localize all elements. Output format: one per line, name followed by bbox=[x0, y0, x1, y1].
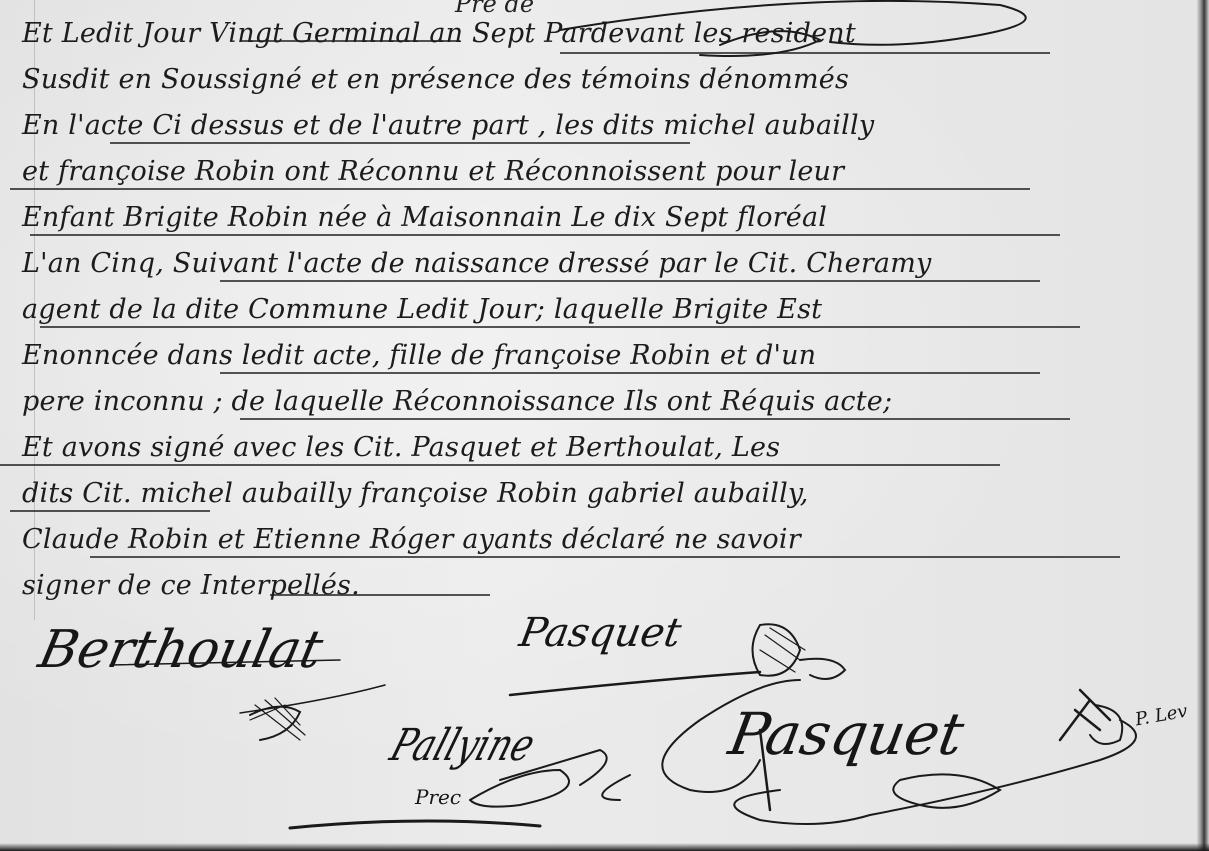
signature-pallyine: Pallyine bbox=[384, 720, 541, 771]
fill-line bbox=[240, 40, 460, 42]
page-binding-edge bbox=[1197, 0, 1209, 851]
text-line-12: Claude Robin et Etienne Róger ayants déc… bbox=[22, 524, 801, 555]
fill-line bbox=[560, 52, 1050, 54]
signature-pallyine-title: Prec bbox=[415, 785, 461, 809]
text-line-5: Enfant Brigite Robin née à Maisonnain Le… bbox=[22, 202, 827, 233]
text-line-8: Enonncée dans ledit acte, fille de franç… bbox=[22, 340, 816, 371]
signature-pasquet-2: Pasquet bbox=[724, 700, 969, 768]
fill-line bbox=[110, 142, 690, 144]
top-fragment-text: Pre de bbox=[455, 0, 534, 18]
fill-line bbox=[220, 372, 1040, 374]
fill-line bbox=[10, 510, 210, 512]
fill-line bbox=[40, 326, 1080, 328]
text-line-3: En l'acte Ci dessus et de l'autre part ,… bbox=[22, 110, 874, 141]
fill-line bbox=[90, 556, 1120, 558]
register-page: Pre de Et Ledit Jour Vingt Germinal an S… bbox=[0, 0, 1209, 851]
fill-line bbox=[30, 234, 1060, 236]
fill-line bbox=[270, 594, 490, 596]
text-line-13: signer de ce Interpellés. bbox=[22, 570, 360, 601]
page-bottom-edge bbox=[0, 843, 1209, 851]
text-line-1: Et Ledit Jour Vingt Germinal an Sept Par… bbox=[22, 18, 856, 49]
text-line-6: L'an Cinq, Suivant l'acte de naissance d… bbox=[22, 248, 931, 279]
text-line-9: pere inconnu ; de laquelle Réconnoissanc… bbox=[22, 386, 892, 417]
text-line-7: agent de la dite Commune Ledit Jour; laq… bbox=[22, 294, 822, 325]
text-line-11: dits Cit. michel aubailly françoise Robi… bbox=[22, 478, 809, 509]
fill-line bbox=[220, 280, 1040, 282]
signature-berthoulat: Berthoulat bbox=[34, 620, 328, 680]
text-line-10: Et avons signé avec les Cit. Pasquet et … bbox=[22, 432, 780, 463]
text-line-2: Susdit en Soussigné et en présence des t… bbox=[22, 64, 849, 95]
signature-pasquet-1: Pasquet bbox=[516, 610, 685, 656]
margin-note: P. Lev bbox=[1134, 701, 1190, 731]
fill-line bbox=[240, 418, 1070, 420]
text-line-4: et françoise Robin ont Réconnu et Réconn… bbox=[22, 156, 844, 187]
fill-line bbox=[10, 188, 1030, 190]
fill-line bbox=[0, 464, 1000, 466]
